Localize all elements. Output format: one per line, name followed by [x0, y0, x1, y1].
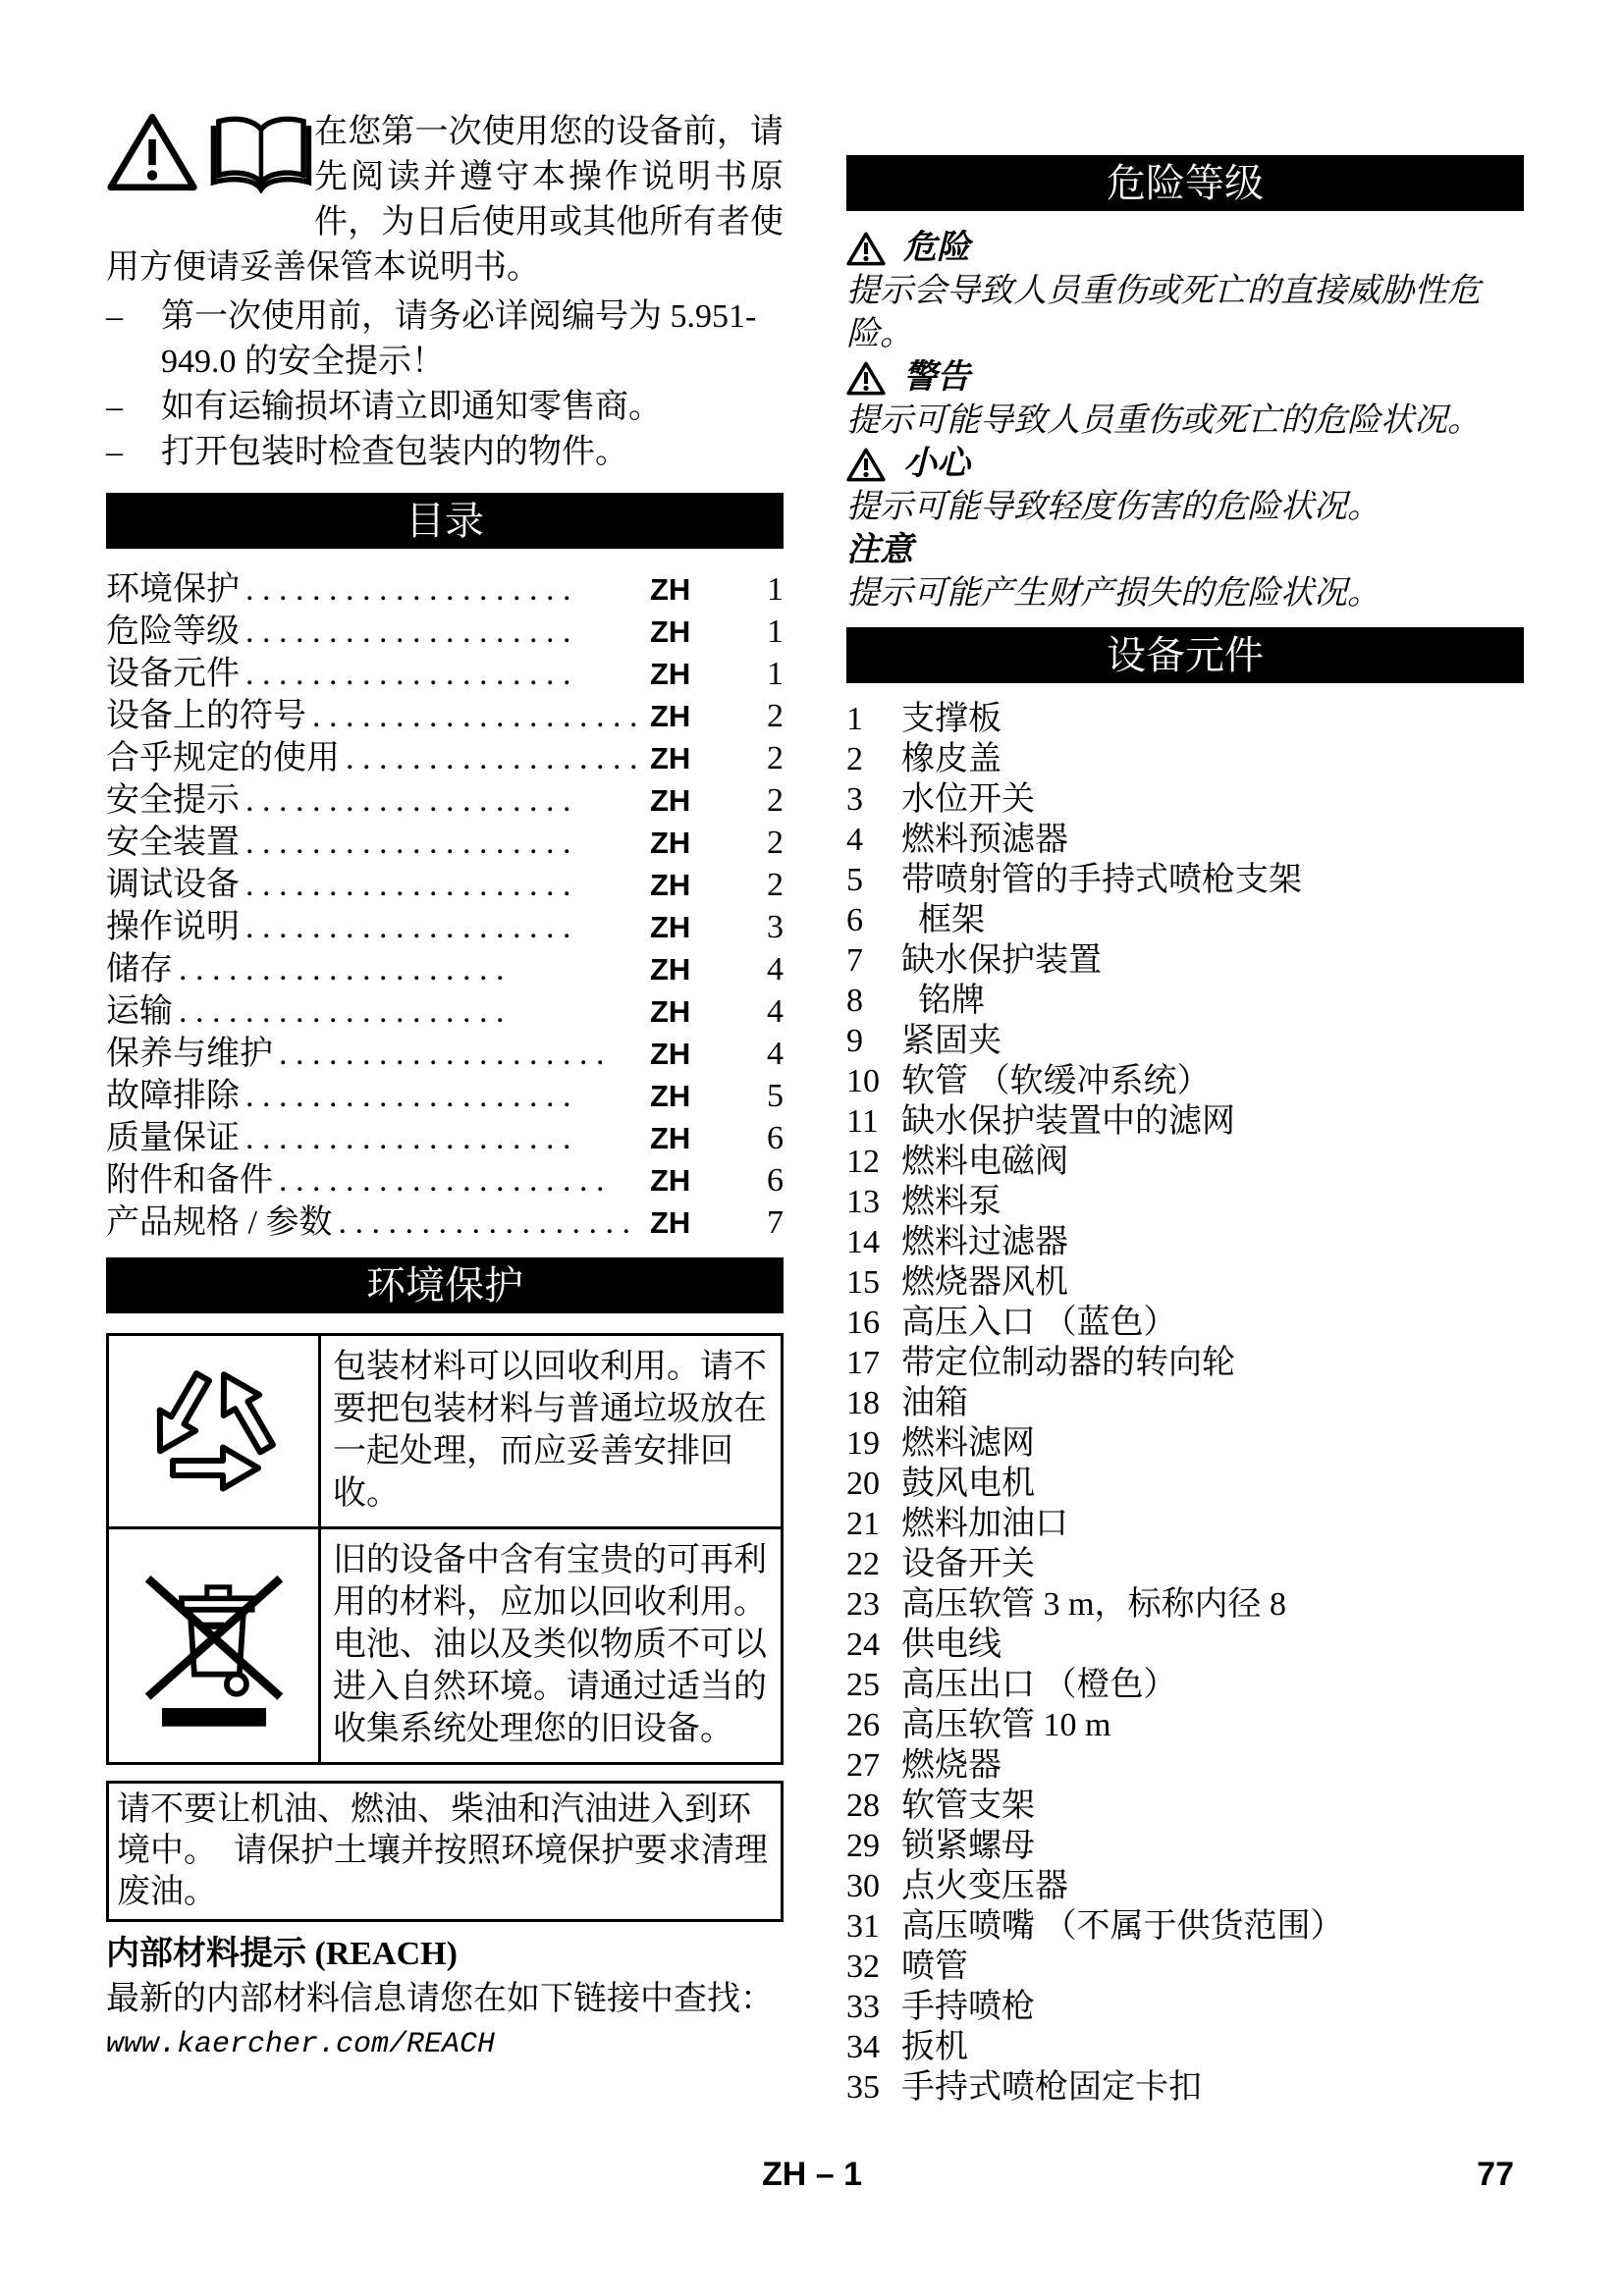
part-row: 22 设备开关 — [846, 1544, 1524, 1584]
part-row: 25 高压出口 （橙色） — [846, 1665, 1524, 1705]
part-label: 燃烧器风机 — [901, 1262, 1524, 1303]
toc-dot-leader — [338, 1201, 640, 1244]
toc-entry-lang: ZH — [650, 695, 742, 737]
toc-row: 产品规格 / 参数 ZH 7 — [106, 1201, 784, 1244]
part-row: 27 燃烧器 — [846, 1745, 1524, 1786]
toc-dot-leader — [245, 611, 640, 653]
right-column: 危险等级 危险 提示会导致人员重伤或死亡的直接威胁性危险。 警告 提示可能导致人… — [846, 155, 1524, 2108]
part-number: 33 — [846, 1987, 901, 2027]
toc-entry-label: 运输 — [106, 990, 173, 1033]
part-label: 软管支架 — [901, 1786, 1524, 1826]
part-number: 22 — [846, 1544, 901, 1584]
part-number: 11 — [846, 1101, 901, 1142]
recycle-icon — [132, 1358, 297, 1505]
part-row: 26 高压软管 10 m — [846, 1705, 1524, 1745]
part-number: 26 — [846, 1705, 901, 1745]
danger-level-name: 警告 — [903, 356, 970, 400]
toc-entry-label: 设备元件 — [106, 653, 240, 695]
bullet-dash: – — [106, 430, 161, 475]
part-row: 1 支撑板 — [846, 699, 1524, 739]
toc-entry-label: 设备上的符号 — [106, 695, 306, 737]
part-row: 24 供电线 — [846, 1625, 1524, 1665]
danger-level-row: 小心 — [846, 443, 1524, 486]
toc-entry-label: 附件和备件 — [106, 1159, 273, 1201]
part-label: 锁紧螺母 — [901, 1826, 1524, 1866]
toc-entry-lang: ZH — [650, 737, 742, 779]
part-label: 燃料滤网 — [901, 1423, 1524, 1464]
toc-dot-leader — [179, 990, 640, 1033]
part-row: 11 缺水保护装置中的滤网 — [846, 1101, 1524, 1142]
part-number: 18 — [846, 1383, 901, 1423]
toc-entry-label: 产品规格 / 参数 — [106, 1201, 332, 1244]
toc-entry-lang: ZH — [650, 653, 742, 695]
parts-list: 1 支撑板 2 橡皮盖 3 水位开关 4 燃料预滤器 — [846, 699, 1524, 2108]
toc-dot-leader — [245, 568, 640, 611]
part-row: 4 燃料预滤器 — [846, 820, 1524, 860]
part-label: 带定位制动器的转向轮 — [901, 1343, 1524, 1383]
env-table: 包装材料可以回收利用。请不要把包装材料与普通垃圾放在一起处理，而应妥善安排回收。 — [106, 1333, 784, 1765]
part-row: 33 手持喷枪 — [846, 1987, 1524, 2027]
warning-triangle-icon — [846, 361, 886, 396]
part-number: 20 — [846, 1464, 901, 1504]
part-row: 17 带定位制动器的转向轮 — [846, 1343, 1524, 1383]
part-label: 紧固夹 — [901, 1021, 1524, 1061]
toc-dot-leader — [312, 695, 640, 737]
part-number: 3 — [846, 779, 901, 820]
part-label: 供电线 — [901, 1625, 1524, 1665]
part-label: 高压出口 （橙色） — [901, 1665, 1524, 1705]
part-label: 高压软管 3 m，标称内径 8 — [901, 1584, 1524, 1625]
danger-level-row: 危险 — [846, 227, 1524, 270]
toc-entry-page: 4 — [742, 990, 784, 1033]
toc-entry-page: 1 — [742, 611, 784, 653]
part-label: 燃料预滤器 — [901, 820, 1524, 860]
part-number: 13 — [846, 1182, 901, 1222]
danger-levels: 危险 提示会导致人员重伤或死亡的直接威胁性危险。 警告 提示可能导致人员重伤或死… — [846, 227, 1524, 615]
bullet-text: 第一次使用前，请务必详阅编号为 5.951-949.0 的安全提示！ — [161, 294, 784, 385]
part-number: 32 — [846, 1947, 901, 1987]
part-number: 12 — [846, 1142, 901, 1182]
part-label: 喷管 — [901, 1947, 1524, 1987]
toc-entry-page: 3 — [742, 906, 784, 948]
part-label: 扳机 — [901, 2027, 1524, 2067]
toc-entry-label: 安全提示 — [106, 779, 240, 822]
part-label: 软管 （软缓冲系统） — [901, 1061, 1524, 1101]
open-book-icon — [208, 110, 314, 196]
env-row-old-device: 旧的设备中含有宝贵的可再利用的材料，应加以回收利用。电池、油以及类似物质不可以进… — [109, 1526, 781, 1762]
env-text: 包装材料可以回收利用。请不要把包装材料与普通垃圾放在一起处理，而应妥善安排回收。 — [321, 1336, 781, 1526]
part-row: 12 燃料电磁阀 — [846, 1142, 1524, 1182]
toc-row: 合乎规定的使用 ZH 2 — [106, 737, 784, 779]
toc-row: 保养与维护 ZH 4 — [106, 1033, 784, 1075]
danger-level-name: 危险 — [903, 227, 970, 270]
part-number: 7 — [846, 940, 901, 981]
toc-entry-lang: ZH — [650, 611, 742, 653]
toc-dot-leader — [245, 779, 640, 822]
danger-level-desc: 提示可能导致人员重伤或死亡的危险状况。 — [846, 400, 1524, 443]
toc-entry-lang: ZH — [650, 779, 742, 822]
part-row: 18 油箱 — [846, 1383, 1524, 1423]
part-label: 高压喷嘴 （不属于供货范围） — [901, 1906, 1524, 1947]
part-label: 支撑板 — [901, 699, 1524, 739]
toc-entry-label: 操作说明 — [106, 906, 240, 948]
part-row: 23 高压软管 3 m，标称内径 8 — [846, 1584, 1524, 1625]
part-label: 橡皮盖 — [901, 739, 1524, 779]
toc-row: 环境保护 ZH 1 — [106, 568, 784, 611]
toc-entry-page: 2 — [742, 822, 784, 864]
part-row: 5 带喷射管的手持式喷枪支架 — [846, 860, 1524, 900]
toc-entry-lang: ZH — [650, 948, 742, 990]
part-row: 6 框架 — [846, 900, 1524, 940]
bullet-text: 如有运输损坏请立即通知零售商。 — [161, 385, 784, 430]
danger-level-desc: 提示会导致人员重伤或死亡的直接威胁性危险。 — [846, 270, 1524, 356]
part-label: 缺水保护装置 — [901, 940, 1524, 981]
intro-bullets: – 第一次使用前，请务必详阅编号为 5.951-949.0 的安全提示！ – 如… — [106, 294, 784, 475]
toc-entry-lang: ZH — [650, 906, 742, 948]
bullet-dash: – — [106, 385, 161, 430]
toc-entry-lang: ZH — [650, 1033, 742, 1075]
warning-triangle-icon — [106, 110, 198, 194]
part-row: 9 紧固夹 — [846, 1021, 1524, 1061]
toc-dot-leader — [179, 948, 640, 990]
intro-icons — [106, 110, 314, 202]
toc-dot-leader — [346, 737, 640, 779]
part-number: 31 — [846, 1906, 901, 1947]
toc-entry-lang: ZH — [650, 568, 742, 611]
toc-entry-label: 调试设备 — [106, 864, 240, 906]
bullet-text: 打开包装时检查包装内的物件。 — [161, 430, 784, 475]
reach-heading: 内部材料提示 (REACH) — [106, 1932, 784, 1977]
toc-row: 储存 ZH 4 — [106, 948, 784, 990]
footer-page-number: 77 — [1477, 2156, 1514, 2194]
warning-triangle-icon — [846, 232, 886, 266]
part-number: 4 — [846, 820, 901, 860]
toc-entry-page: 2 — [742, 737, 784, 779]
part-number: 6 — [846, 900, 901, 940]
part-row: 31 高压喷嘴 （不属于供货范围） — [846, 1906, 1524, 1947]
env-header: 环境保护 — [106, 1257, 784, 1313]
toc-dot-leader — [245, 1117, 640, 1159]
part-row: 34 扳机 — [846, 2027, 1524, 2067]
part-row: 13 燃料泵 — [846, 1182, 1524, 1222]
toc-entry-lang: ZH — [650, 864, 742, 906]
part-number: 27 — [846, 1745, 901, 1786]
part-row: 7 缺水保护装置 — [846, 940, 1524, 981]
part-number: 9 — [846, 1021, 901, 1061]
part-label: 缺水保护装置中的滤网 — [901, 1101, 1524, 1142]
part-label: 高压软管 10 m — [901, 1705, 1524, 1745]
part-number: 19 — [846, 1423, 901, 1464]
toc-entry-label: 故障排除 — [106, 1075, 240, 1117]
toc-entry-page: 2 — [742, 779, 784, 822]
part-label: 燃料电磁阀 — [901, 1142, 1524, 1182]
toc-entry-label: 质量保证 — [106, 1117, 240, 1159]
part-row: 14 燃料过滤器 — [846, 1222, 1524, 1262]
toc-entry-label: 合乎规定的使用 — [106, 737, 340, 779]
intro-section: 在您第一次使用您的设备前，请先阅读并遵守本操作说明书原件，为日后使用或其他所有者… — [106, 110, 784, 291]
env-text: 旧的设备中含有宝贵的可再利用的材料，应加以回收利用。电池、油以及类似物质不可以进… — [321, 1529, 781, 1762]
part-label: 燃烧器 — [901, 1745, 1524, 1786]
toc-entry-page: 4 — [742, 1033, 784, 1075]
reach-body: 最新的内部材料信息请您在如下链接中查找： — [106, 1977, 784, 2022]
part-label: 手持式喷枪固定卡扣 — [901, 2067, 1524, 2108]
toc-entry-page: 4 — [742, 948, 784, 990]
toc-entry-label: 储存 — [106, 948, 173, 990]
toc-entry-page: 6 — [742, 1159, 784, 1201]
toc-row: 危险等级 ZH 1 — [106, 611, 784, 653]
part-number: 5 — [846, 860, 901, 900]
env-icon-cell — [109, 1529, 321, 1762]
toc-entry-lang: ZH — [650, 1159, 742, 1201]
part-number: 24 — [846, 1625, 901, 1665]
parts-header: 设备元件 — [846, 627, 1524, 683]
part-label: 鼓风电机 — [901, 1464, 1524, 1504]
bullet-item: – 如有运输损坏请立即通知零售商。 — [106, 385, 784, 430]
part-row: 29 锁紧螺母 — [846, 1826, 1524, 1866]
env-icon-cell — [109, 1336, 321, 1526]
part-row: 21 燃料加油口 — [846, 1504, 1524, 1544]
part-label: 油箱 — [901, 1383, 1524, 1423]
part-row: 3 水位开关 — [846, 779, 1524, 820]
toc-row: 故障排除 ZH 5 — [106, 1075, 784, 1117]
toc-list: 环境保护 ZH 1 危险等级 ZH 1 设备元件 ZH 1 — [106, 568, 784, 1244]
part-row: 20 鼓风电机 — [846, 1464, 1524, 1504]
danger-header: 危险等级 — [846, 155, 1524, 211]
bullet-item: – 打开包装时检查包装内的物件。 — [106, 430, 784, 475]
toc-entry-page: 1 — [742, 653, 784, 695]
part-number: 34 — [846, 2027, 901, 2067]
part-label: 高压入口 （蓝色） — [901, 1303, 1524, 1343]
toc-entry-page: 7 — [742, 1201, 784, 1244]
warning-triangle-icon — [846, 448, 886, 482]
part-row: 8 铭牌 — [846, 981, 1524, 1021]
part-row: 19 燃料滤网 — [846, 1423, 1524, 1464]
danger-level-row: 警告 — [846, 356, 1524, 400]
part-number: 8 — [846, 981, 901, 1021]
part-label: 水位开关 — [901, 779, 1524, 820]
env-row-packaging: 包装材料可以回收利用。请不要把包装材料与普通垃圾放在一起处理，而应妥善安排回收。 — [109, 1336, 781, 1526]
part-label: 设备开关 — [901, 1544, 1524, 1584]
toc-entry-page: 1 — [742, 568, 784, 611]
toc-dot-leader — [279, 1033, 640, 1075]
part-number: 28 — [846, 1786, 901, 1826]
part-number: 1 — [846, 699, 901, 739]
weee-crossed-bin-icon — [136, 1562, 292, 1731]
danger-level-desc: 提示可能导致轻度伤害的危险状况。 — [846, 486, 1524, 529]
manual-page: 在您第一次使用您的设备前，请先阅读并遵守本操作说明书原件，为日后使用或其他所有者… — [0, 0, 1624, 2296]
part-row: 2 橡皮盖 — [846, 739, 1524, 779]
oil-warning-box: 请不要让机油、燃油、柴油和汽油进入到环境中。 请保护土壤并按照环境保护要求清理废… — [106, 1781, 784, 1922]
reach-section: 内部材料提示 (REACH) 最新的内部材料信息请您在如下链接中查找： www.… — [106, 1932, 784, 2067]
toc-row: 调试设备 ZH 2 — [106, 864, 784, 906]
part-label: 框架 — [901, 900, 1524, 940]
toc-dot-leader — [245, 822, 640, 864]
danger-level-row: 注意 — [846, 529, 1524, 572]
part-number: 23 — [846, 1584, 901, 1625]
toc-row: 安全提示 ZH 2 — [106, 779, 784, 822]
toc-entry-page: 2 — [742, 695, 784, 737]
part-row: 30 点火变压器 — [846, 1866, 1524, 1906]
toc-entry-lang: ZH — [650, 822, 742, 864]
part-number: 15 — [846, 1262, 901, 1303]
toc-entry-label: 安全装置 — [106, 822, 240, 864]
footer-language-page: ZH – 1 — [0, 2156, 1624, 2194]
danger-level-name: 注意 — [846, 529, 913, 572]
part-number: 16 — [846, 1303, 901, 1343]
part-label: 燃料过滤器 — [901, 1222, 1524, 1262]
toc-entry-lang: ZH — [650, 1075, 742, 1117]
part-row: 10 软管 （软缓冲系统） — [846, 1061, 1524, 1101]
part-label: 点火变压器 — [901, 1866, 1524, 1906]
toc-dot-leader — [245, 653, 640, 695]
part-number: 25 — [846, 1665, 901, 1705]
part-number: 35 — [846, 2067, 901, 2108]
toc-row: 设备上的符号 ZH 2 — [106, 695, 784, 737]
part-label: 带喷射管的手持式喷枪支架 — [901, 860, 1524, 900]
part-number: 14 — [846, 1222, 901, 1262]
part-number: 10 — [846, 1061, 901, 1101]
part-number: 2 — [846, 739, 901, 779]
part-row: 32 喷管 — [846, 1947, 1524, 1987]
left-column: 在您第一次使用您的设备前，请先阅读并遵守本操作说明书原件，为日后使用或其他所有者… — [106, 110, 784, 2067]
part-number: 17 — [846, 1343, 901, 1383]
toc-entry-lang: ZH — [650, 990, 742, 1033]
part-label: 手持喷枪 — [901, 1987, 1524, 2027]
part-number: 21 — [846, 1504, 901, 1544]
bullet-item: – 第一次使用前，请务必详阅编号为 5.951-949.0 的安全提示！ — [106, 294, 784, 385]
toc-entry-label: 环境保护 — [106, 568, 240, 611]
part-label: 燃料加油口 — [901, 1504, 1524, 1544]
toc-row: 运输 ZH 4 — [106, 990, 784, 1033]
toc-dot-leader — [245, 864, 640, 906]
toc-header: 目录 — [106, 493, 784, 549]
part-row: 35 手持式喷枪固定卡扣 — [846, 2067, 1524, 2108]
toc-entry-label: 保养与维护 — [106, 1033, 273, 1075]
toc-row: 附件和备件 ZH 6 — [106, 1159, 784, 1201]
toc-entry-label: 危险等级 — [106, 611, 240, 653]
reach-link: www.kaercher.com/REACH — [106, 2022, 784, 2067]
bullet-dash: – — [106, 294, 161, 385]
danger-level-desc: 提示可能产生财产损失的危险状况。 — [846, 572, 1524, 615]
part-row: 15 燃烧器风机 — [846, 1262, 1524, 1303]
toc-dot-leader — [245, 906, 640, 948]
toc-entry-lang: ZH — [650, 1201, 742, 1244]
part-label: 铭牌 — [901, 981, 1524, 1021]
toc-row: 质量保证 ZH 6 — [106, 1117, 784, 1159]
part-number: 30 — [846, 1866, 901, 1906]
toc-row: 操作说明 ZH 3 — [106, 906, 784, 948]
part-label: 燃料泵 — [901, 1182, 1524, 1222]
danger-level-name: 小心 — [903, 443, 970, 486]
part-row: 28 软管支架 — [846, 1786, 1524, 1826]
toc-dot-leader — [245, 1075, 640, 1117]
toc-entry-page: 5 — [742, 1075, 784, 1117]
part-row: 16 高压入口 （蓝色） — [846, 1303, 1524, 1343]
toc-row: 安全装置 ZH 2 — [106, 822, 784, 864]
toc-row: 设备元件 ZH 1 — [106, 653, 784, 695]
toc-entry-page: 2 — [742, 864, 784, 906]
part-number: 29 — [846, 1826, 901, 1866]
toc-dot-leader — [279, 1159, 640, 1201]
toc-entry-lang: ZH — [650, 1117, 742, 1159]
toc-entry-page: 6 — [742, 1117, 784, 1159]
